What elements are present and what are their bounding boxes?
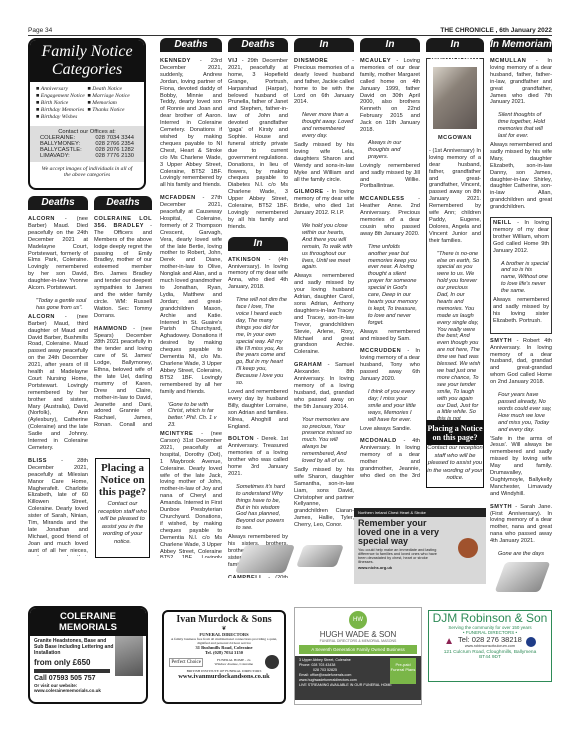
office-phone: 028 7776 2130 bbox=[95, 153, 134, 159]
column-4: Deaths VIJ - 29th December 2021, peacefu… bbox=[228, 38, 288, 578]
placing-body: Contact our reception staff who will be … bbox=[427, 445, 483, 483]
ivan-murdock-ad: Ivan Murdock & Sons ❦ FUNERAL DIRECTORS … bbox=[162, 610, 286, 704]
notice-verse: Silent thoughts of time together, Hold m… bbox=[490, 112, 552, 140]
notice: KENNEDY - 23rd December 2021, suddenly, … bbox=[160, 58, 222, 189]
placing-notice-box: Placing a Notice on this page? Contact o… bbox=[426, 420, 484, 488]
chest-title: Remember your loved one in a very specia… bbox=[354, 517, 444, 548]
wade-title: HUGH WADE & SON bbox=[295, 630, 421, 639]
categories-footer: We accept images of individuals in all o… bbox=[30, 164, 144, 180]
djm-address: 121 Culcrum Road, Cloughmills, Ballymena… bbox=[429, 648, 551, 662]
notice: VIJ - 29th December 2021, peacefully at … bbox=[228, 58, 288, 231]
notice-body: - (1st Anniversary) In loving memory of … bbox=[429, 148, 481, 245]
category-item: Birth Notice bbox=[36, 100, 87, 106]
heart-flower-icon bbox=[458, 538, 478, 558]
page-header: Page 34 THE CHRONICLE , 6th January 2022 bbox=[28, 24, 552, 36]
notice-verse: I think of you every day; I miss your sm… bbox=[360, 389, 420, 424]
contact-offices: Contact our Offices at: COLERAINE:028 70… bbox=[30, 126, 144, 162]
column-5: In Memoriam DINSMORE - Precious memories… bbox=[294, 38, 354, 528]
notice-verse: Your memories are so precious, Your pres… bbox=[294, 417, 354, 465]
notice-signoff: Always remembered and sadly missed by yo… bbox=[294, 273, 354, 356]
coleraine-memorials-ad: COLERAINE MEMORIALS Granite Headstones, … bbox=[28, 606, 148, 704]
category-item: Marriage Notice bbox=[88, 93, 139, 99]
djm-robinson-ad: DJM Robinson & Son Serving the community… bbox=[428, 610, 552, 682]
notice-signoff: 'Safe in the arms of Jesus'. Will always… bbox=[490, 436, 552, 498]
notice: MCAULEY - Loving memories of our dear fa… bbox=[360, 58, 420, 134]
column-8: In Memoriam MCMULLAN - In loving memory … bbox=[490, 38, 552, 558]
notice-verse: "There is no-one else on earth, So speci… bbox=[429, 251, 481, 428]
wade-phone-label: Phone: bbox=[299, 663, 310, 667]
notice-verse: We hold you close within our hearts, And… bbox=[294, 223, 354, 271]
chest-body: You could help make an immediate and las… bbox=[354, 548, 444, 564]
placing-notice-box: Placing a Notice on this page? Contact o… bbox=[95, 458, 150, 558]
murdock-web[interactable]: www.ivanmurdockandsons.co.uk bbox=[164, 673, 284, 680]
notice-signoff: Always remembered and missed by Sam. bbox=[360, 329, 420, 343]
mcgowan-boxed-notice: MCGOWAN - (1st Anniversary) In loving me… bbox=[426, 58, 484, 428]
deaths-column-3: Deaths KENNEDY - 23rd December 2021, sud… bbox=[160, 38, 222, 558]
seal-icon bbox=[526, 637, 536, 647]
wade-phone: 028 703 43438 bbox=[311, 663, 335, 667]
notice: SMYTH - Sarah Jane. (First Anniversary).… bbox=[490, 504, 552, 545]
djm-title: DJM Robinson & Son bbox=[429, 611, 551, 625]
memorials-phone: Call 07593 505 757 bbox=[30, 675, 146, 682]
column-6: In Memoriam MCAULEY - Loving memories of… bbox=[360, 38, 420, 478]
notice-verse: Time will not dim the face I love, The v… bbox=[228, 297, 288, 387]
memoriam-banner: In Memoriam bbox=[490, 38, 552, 52]
notice-verse: Never more than a thought away. Loved an… bbox=[294, 112, 354, 140]
book-icon bbox=[495, 562, 551, 592]
notice-signoff: Always remembered and sadly missed by hi… bbox=[490, 142, 552, 211]
notice-signoff: Love always Sandie. bbox=[360, 426, 420, 433]
headstone-image bbox=[115, 636, 143, 676]
notice: MCDONALD - 4th Anniversary. In loving me… bbox=[360, 438, 420, 478]
notice-signoff: Lovingly remembered and sadly missed by … bbox=[360, 163, 420, 191]
notice-signoff: Loved and remembered every day by husban… bbox=[228, 389, 288, 430]
memorials-body: Granite Headstones, Base and Sub Base in… bbox=[30, 636, 118, 658]
wade-sub: FUNERAL DIRECTORS & MEMORIAL MASONS bbox=[295, 639, 421, 643]
hugh-wade-ad: HW HUGH WADE & SON FUNERAL DIRECTORS & M… bbox=[294, 607, 422, 705]
notice: DINSMORE - Precious memories of a dearly… bbox=[294, 58, 354, 106]
notice: MCFADDEN - 27th December 2021, peacefull… bbox=[160, 195, 222, 395]
chest-org: Northern Ireland Chest Heart & Stroke bbox=[354, 508, 486, 517]
wade-logo: HW bbox=[349, 611, 367, 629]
notice: SMYTH - Robert 4th Anniversary. In lovin… bbox=[490, 338, 552, 386]
page-number: Page 34 bbox=[28, 27, 52, 34]
notice-verse: Always in our thoughts and prayers. bbox=[360, 140, 420, 161]
notice: BOLTON - Derek. 1st Anniversary. Treasur… bbox=[228, 436, 288, 477]
notice: GILMORE - In loving memory of my dear wi… bbox=[294, 189, 354, 217]
notice: MCCANDLESS - Heather Anne. 2nd Anniversa… bbox=[360, 196, 420, 237]
book-icon bbox=[235, 545, 295, 573]
paper-date: THE CHRONICLE , 6th January 2022 bbox=[440, 27, 552, 34]
notice: GRAHAM - Samuel Alexander. 8th Anniversa… bbox=[294, 362, 354, 410]
placing-body: Contact our reception staff who will be … bbox=[96, 501, 149, 546]
memoriam-banner: In Memoriam bbox=[294, 38, 354, 52]
djm-web[interactable]: www.robinsonsofculcrum.com bbox=[458, 644, 522, 648]
deaths-banner: Deaths bbox=[94, 196, 152, 210]
memorial-photo bbox=[433, 67, 477, 129]
notice: MCGOWAN bbox=[429, 135, 481, 142]
bifd-seal-icon bbox=[265, 655, 279, 669]
deaths-banner: Deaths bbox=[160, 38, 222, 52]
category-item: Birthday Wishes bbox=[36, 114, 87, 120]
deaths-column-1: Deaths ALCORN - (nee Barber) Maud. Died … bbox=[28, 196, 88, 556]
notice: CAMPBELL - (20th Anniversary). In memory… bbox=[228, 575, 288, 578]
murdock-title: Ivan Murdock & Sons bbox=[164, 612, 284, 625]
category-item: Thanks Notice bbox=[88, 107, 139, 113]
notice-signoff: Always remembered and sadly missed by hi… bbox=[493, 297, 549, 325]
categories-box: Family Notice Categories Anniversary Dea… bbox=[28, 38, 146, 190]
categories-title: Family Notice Categories bbox=[30, 40, 144, 82]
office-row: LIMAVADY:028 7776 2130 bbox=[40, 153, 134, 159]
notice: ATKINSON - (4th Anniversary). In loving … bbox=[228, 257, 288, 292]
chest-web: www.nichs.org.uk bbox=[354, 564, 486, 571]
category-item: Engagement Notice bbox=[36, 93, 87, 99]
notice-verse: Four years have passed already, No words… bbox=[490, 392, 552, 433]
notice: MCINTYRE - (nee Carson) 31st December 20… bbox=[160, 431, 222, 558]
notice: HAMMOND - (nee Spears) December 28th 202… bbox=[94, 326, 152, 426]
office-name: LIMAVADY: bbox=[40, 153, 70, 159]
notice: ALCORN - (nee Barber) Maud. Died peacefu… bbox=[28, 216, 88, 292]
notice-verse: Time unfolds another year but memories k… bbox=[360, 244, 420, 327]
notice-signoff: Sadly missed by his loving wife Lela, da… bbox=[294, 142, 354, 183]
category-item: Anniversary bbox=[36, 86, 87, 92]
notice: BLISS - 28th December 2021, peacefully a… bbox=[28, 458, 88, 556]
deaths-banner: Deaths bbox=[28, 196, 88, 210]
deaths-banner: Deaths bbox=[228, 38, 288, 52]
notice: MCMULLAN - In loving memory of a dear hu… bbox=[490, 58, 552, 106]
category-item: Birthday Memories bbox=[36, 107, 87, 113]
neill-boxed-notice: NEILL - In loving memory of my dear brot… bbox=[490, 217, 552, 334]
category-item: Memoriam bbox=[88, 100, 139, 106]
notice-verse: 'Gone to be with Christ, which is far be… bbox=[160, 402, 222, 430]
murdock-home: FUNERAL HOME - 2a Windsor Avenue, Colera… bbox=[214, 658, 254, 666]
notice: ALCORN - (nee Barber) Maud, third daught… bbox=[28, 314, 88, 452]
placing-title: Placing a Notice on this page? bbox=[96, 459, 149, 501]
category-item: Death Notice bbox=[88, 86, 139, 92]
flourish-icon: ❦ bbox=[164, 625, 284, 632]
notice: COLERAINE LOL 356. BRADLEY - The Officer… bbox=[94, 216, 152, 320]
deaths-column-2: Deaths COLERAINE LOL 356. BRADLEY - The … bbox=[94, 196, 152, 426]
book-icon bbox=[296, 545, 344, 567]
masonic-triangle-icon: ▲ bbox=[444, 636, 454, 647]
notice-verse: "Today a gentle soul has gone from us". bbox=[28, 298, 88, 312]
notice-verse: A brother is special and so is his name,… bbox=[493, 261, 549, 296]
memorials-title: COLERAINE MEMORIALS bbox=[30, 608, 146, 636]
murdock-tag: A family business free from all multinat… bbox=[164, 637, 284, 645]
wade-tag: A Seventh Generation Family Owned Busine… bbox=[299, 645, 417, 654]
placing-title: Placing a Notice on this page? bbox=[427, 421, 483, 445]
djm-phone: Tel: 028 276 38218 bbox=[458, 635, 522, 644]
notice-signoff: Sadly missed by his wife Sharon, daughte… bbox=[294, 467, 354, 528]
memorials-web[interactable]: www.colerainememorials.co.uk bbox=[30, 688, 146, 693]
notice: NEILL - In loving memory of my dear brot… bbox=[493, 220, 549, 255]
memoriam-banner: In Memoriam bbox=[360, 38, 420, 52]
categories-list: Anniversary Death Notice Engagement Noti… bbox=[30, 82, 144, 124]
wade-plans: Pre-paid Funeral Plans bbox=[390, 658, 416, 684]
memoriam-banner: In Memoriam bbox=[228, 237, 288, 251]
perfect-choice-logo: Perfect Choice bbox=[169, 658, 203, 667]
notice-verse: Gone are the days we used to share, But … bbox=[490, 551, 552, 558]
memorials-strip bbox=[34, 669, 110, 673]
notice: MCCRUDDEN - In loving memory of a dear h… bbox=[360, 348, 420, 383]
chest-heart-stroke-ad: Northern Ireland Chest Heart & Stroke Re… bbox=[354, 508, 486, 584]
notice-verse: Sometimes it's hard to understand Why th… bbox=[228, 484, 288, 532]
memoriam-banner: In Memoriam bbox=[426, 38, 484, 52]
